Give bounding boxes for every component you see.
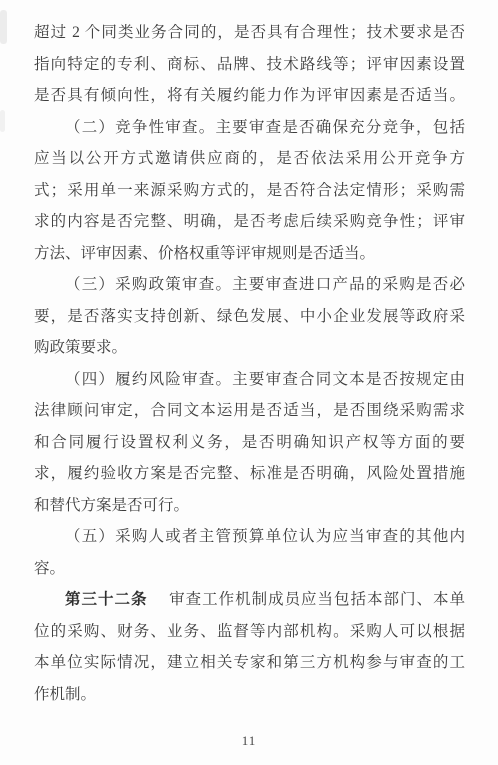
- text-line: 容。: [34, 553, 465, 585]
- text-line: （五）采购人或者主管预算单位认为应当审查的其他内: [34, 521, 465, 553]
- text-line: 购政策要求。: [34, 332, 465, 364]
- text-line: 是否具有倾向性，将有关履约能力作为评审因素是否适当。: [34, 80, 465, 112]
- text-line: 式；采用单一来源采购方式的，是否符合法定情形；采购需: [34, 175, 465, 207]
- text-line: 要，是否落实支持创新、绿色发展、中小企业发展等政府采: [34, 301, 465, 333]
- text-line: （四）履约风险审查。主要审查合同文本是否按规定由: [34, 364, 465, 396]
- text-line: 作机制。: [34, 679, 465, 711]
- text-line: 指向特定的专利、商标、品牌、技术路线等；评审因素设置: [34, 49, 465, 81]
- text-line: 位的采购、财务、业务、监督等内部机构。采购人可以根据: [34, 616, 465, 648]
- text-line: 求，履约验收方案是否完整、标准是否明确，风险处置措施: [34, 458, 465, 490]
- text-line: 和替代方案是否可行。: [34, 490, 465, 522]
- text-line: 法律顾问审定，合同文本运用是否适当，是否围绕采购需求: [34, 395, 465, 427]
- text-line: （二）竞争性审查。主要审查是否确保充分竞争，包括: [34, 112, 465, 144]
- text-line: 方法、评审因素、价格权重等评审规则是否适当。: [34, 238, 465, 270]
- page-number: 11: [0, 733, 498, 749]
- text-line: （三）采购政策审查。主要审查进口产品的采购是否必: [34, 269, 465, 301]
- scan-smudge: [0, 110, 5, 132]
- text-line: 和合同履行设置权利义务，是否明确知识产权等方面的要: [34, 427, 465, 459]
- scan-smudge: [0, 10, 7, 44]
- text-line: 超过 2 个同类业务合同的，是否具有合理性；技术要求是否: [34, 17, 465, 49]
- document-page: 超过 2 个同类业务合同的，是否具有合理性；技术要求是否 指向特定的专利、商标、…: [0, 0, 498, 765]
- article-number: 第三十二条: [65, 591, 147, 608]
- text-line: 求的内容是否完整、明确，是否考虑后续采购竞争性；评审: [34, 206, 465, 238]
- article-text: 审查工作机制成员应当包括本部门、本单: [169, 591, 465, 608]
- document-text: 超过 2 个同类业务合同的，是否具有合理性；技术要求是否 指向特定的专利、商标、…: [34, 17, 465, 710]
- text-line: 本单位实际情况，建立相关专家和第三方机构参与审查的工: [34, 647, 465, 679]
- text-line: 应当以公开方式邀请供应商的，是否依法采用公开竞争方: [34, 143, 465, 175]
- text-line-article: 第三十二条审查工作机制成员应当包括本部门、本单: [34, 584, 465, 616]
